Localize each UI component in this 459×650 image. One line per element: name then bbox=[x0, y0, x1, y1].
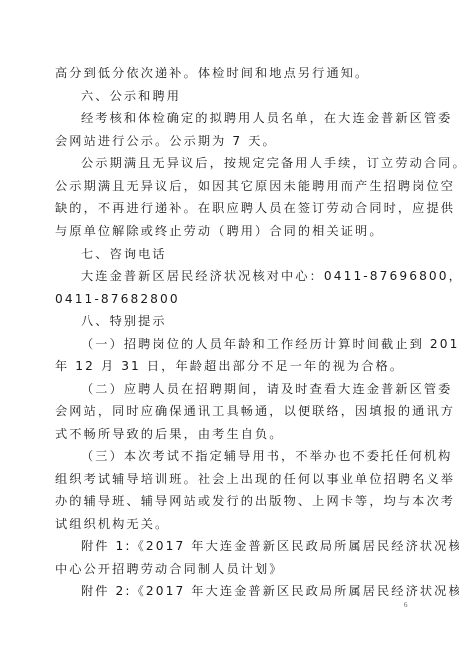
text-line: 会网站，同时应确保通讯工具畅通，以便联络，因填报的通讯方 bbox=[55, 401, 407, 421]
section-heading-publicity: 六、公示和聘用 bbox=[81, 86, 407, 106]
text-line: 公示期满且无异议后，如因其它原因未能聘用而产生招聘岗位空 bbox=[55, 176, 407, 196]
contact-phone-line: 0411-87682800 bbox=[55, 289, 407, 309]
text-line: 公示期满且无异议后，按规定完备用人手续，订立劳动合同。 bbox=[81, 153, 407, 173]
text-line: （三）本次考试不指定辅导用书，不举办也不委托任何机构 bbox=[81, 446, 407, 466]
page-number: 6 bbox=[404, 601, 408, 609]
text-line: （一）招聘岗位的人员年龄和工作经历计算时间截止到 2016 bbox=[81, 334, 407, 354]
attachment-1-line: 附件 1:《2017 年大连金普新区民政局所属居民经济状况核对 bbox=[81, 536, 407, 556]
text-line: 缺的，不再进行递补。在职应聘人员在签订劳动合同时，应提供 bbox=[55, 198, 407, 218]
text-line: 年 12 月 31 日，年龄超出部分不足一年的视为合格。 bbox=[55, 356, 407, 376]
contact-phone-line: 大连金普新区居民经济状况核对中心：0411-87696800， bbox=[81, 266, 407, 286]
text-line: 经考核和体检确定的拟聘用人员名单，在大连金普新区管委 bbox=[81, 108, 407, 128]
text-line: 高分到低分依次递补。体检时间和地点另行通知。 bbox=[55, 63, 407, 83]
text-line: 会网站进行公示。公示期为 7 天。 bbox=[55, 131, 407, 151]
attachment-2-line: 附件 2:《2017 年大连金普新区民政局所属居民经济状况核对 bbox=[81, 581, 407, 601]
text-line: 组织考试辅导培训班。社会上出现的任何以事业单位招聘名义举 bbox=[55, 469, 407, 489]
attachment-1-line: 中心公开招聘劳动合同制人员计划》 bbox=[55, 559, 407, 579]
section-heading-notes: 八、特别提示 bbox=[81, 311, 407, 331]
text-line: 试组织机构无关。 bbox=[55, 514, 407, 534]
text-line: 办的辅导班、辅导网站或发行的出版物、上网卡等，均与本次考 bbox=[55, 491, 407, 511]
text-line: 与原单位解除或终止劳动（聘用）合同的相关证明。 bbox=[55, 221, 407, 241]
text-line: 式不畅所导致的后果，由考生自负。 bbox=[55, 424, 407, 444]
text-line: （二）应聘人员在招聘期间，请及时查看大连金普新区管委 bbox=[81, 379, 407, 399]
document-page: 高分到低分依次递补。体检时间和地点另行通知。 六、公示和聘用 经考核和体检确定的… bbox=[0, 0, 459, 650]
section-heading-contact: 七、咨询电话 bbox=[81, 244, 407, 264]
